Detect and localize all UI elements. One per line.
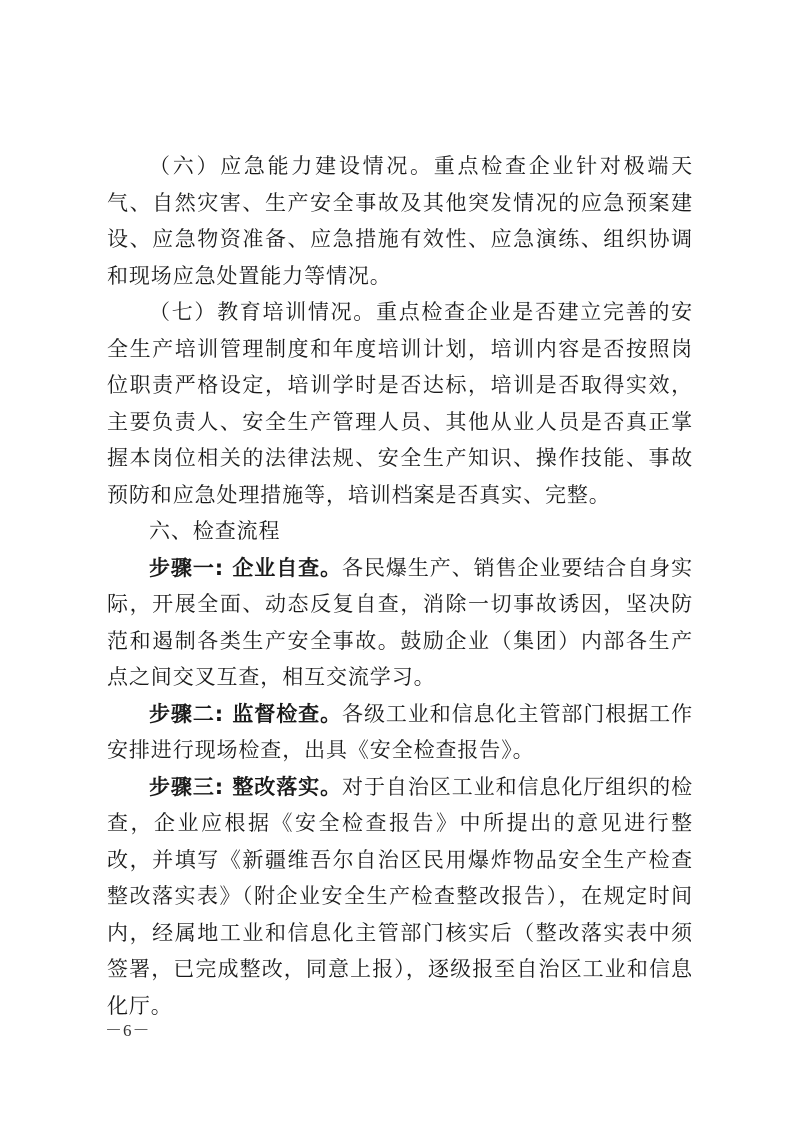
step-2-label: 步骤二: 监督检查。	[149, 702, 342, 726]
section-heading-inspection-process: 六、检查流程	[107, 513, 693, 550]
step-1-label: 步骤一: 企业自查。	[149, 556, 342, 580]
step-3-text: 对于自治区工业和信息化厅组织的检查，企业应根据《安全检查报告》中所提出的意见进行…	[107, 775, 693, 1018]
page-number: －6－	[105, 1016, 151, 1041]
step-3-label: 步骤三: 整改落实。	[149, 775, 342, 799]
step-2-paragraph: 步骤二: 监督检查。各级工业和信息化主管部门根据工作安排进行现场检查，出具《安全…	[107, 696, 693, 769]
paragraph-education-training: （七）教育培训情况。重点检查企业是否建立完善的安全生产培训管理制度和年度培训计划…	[107, 294, 693, 513]
document-page: （六）应急能力建设情况。重点检查企业针对极端天气、自然灾害、生产安全事故及其他突…	[0, 0, 793, 1122]
step-1-paragraph: 步骤一: 企业自查。各民爆生产、销售企业要结合自身实际，开展全面、动态反复自查，…	[107, 550, 693, 696]
document-body: （六）应急能力建设情况。重点检查企业针对极端天气、自然灾害、生产安全事故及其他突…	[107, 148, 693, 1024]
step-3-paragraph: 步骤三: 整改落实。对于自治区工业和信息化厅组织的检查，企业应根据《安全检查报告…	[107, 769, 693, 1025]
paragraph-emergency-capability: （六）应急能力建设情况。重点检查企业针对极端天气、自然灾害、生产安全事故及其他突…	[107, 148, 693, 294]
